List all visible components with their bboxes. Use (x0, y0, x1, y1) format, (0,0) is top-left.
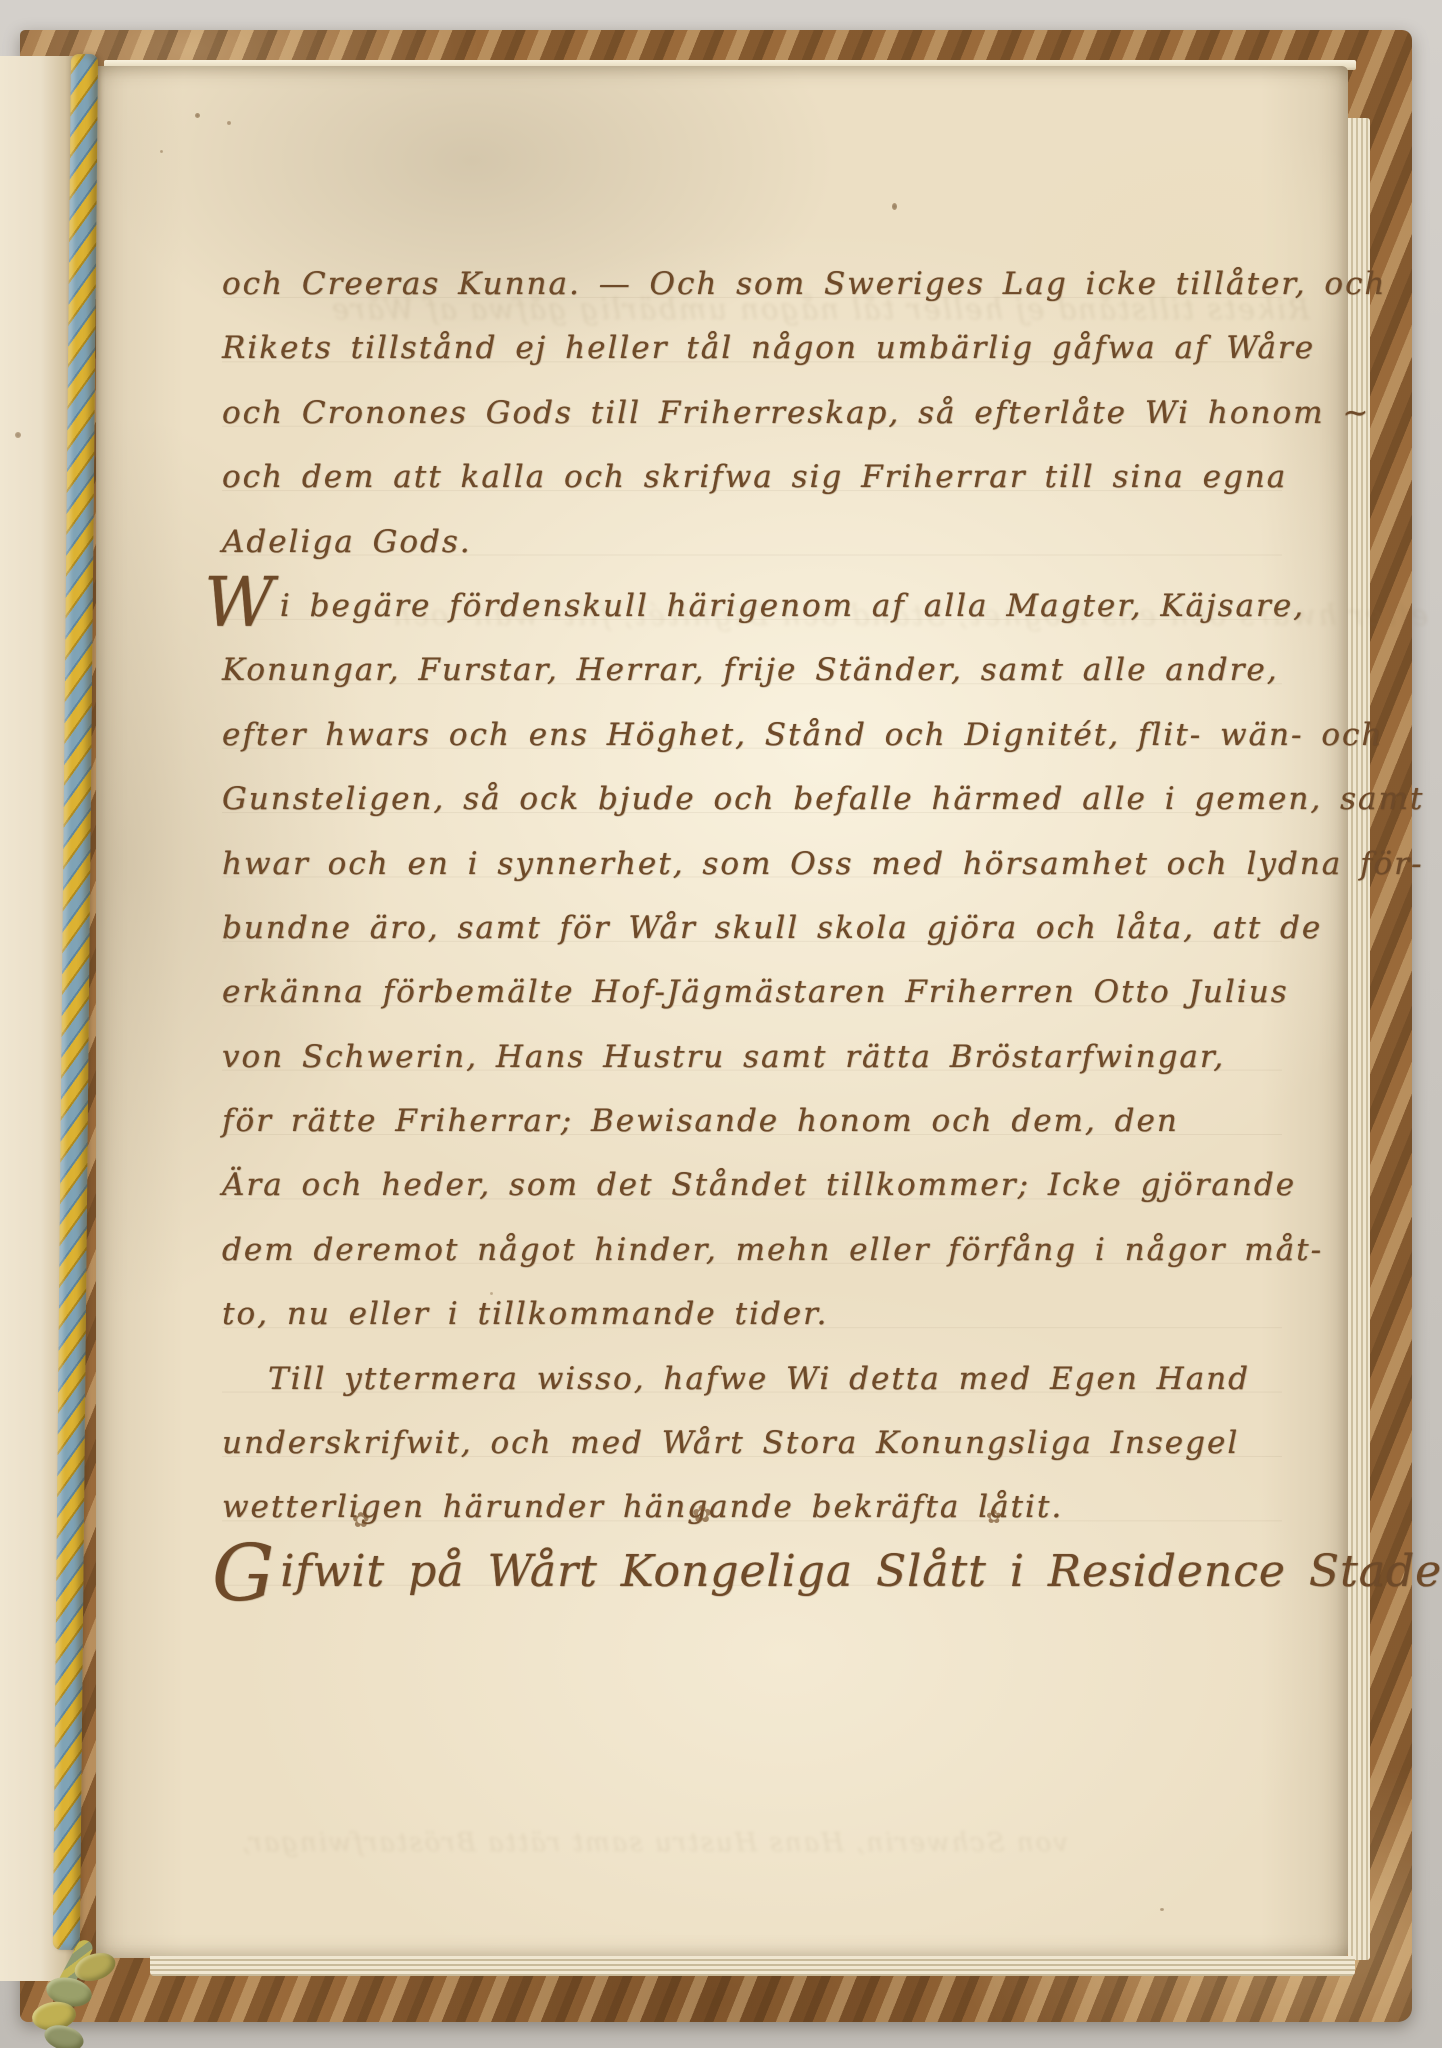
foxing-spot (227, 121, 231, 125)
foxing-spot (490, 1292, 493, 1295)
foxing-spot (160, 150, 163, 153)
manuscript-line: och Creeras Kunna. — Och som Sweriges La… (222, 252, 1282, 316)
manuscript-line: underskrifwit, och med Wårt Stora Konung… (222, 1411, 1282, 1475)
manuscript-line: dem deremot något hinder, mehn eller för… (222, 1218, 1282, 1282)
flower-ornament-icon: ✿ (352, 1508, 370, 1532)
manuscript-line: wetterligen härunder hängande bekräfta l… (222, 1475, 1282, 1539)
cord-tassel (16, 1938, 136, 2048)
manuscript-line: bundne äro, samt för Wår skull skola gjö… (222, 896, 1282, 960)
scanner-background: Rikets tillstånd ej heller tål någon umb… (0, 0, 1442, 2048)
manuscript-line: Ära och heder, som det Ståndet tillkomme… (222, 1153, 1282, 1217)
manuscript-line: Konungar, Furstar, Herrar, frije Ständer… (222, 638, 1282, 702)
foxing-spot (195, 113, 200, 118)
manuscript-line: von Schwerin, Hans Hustru samt rätta Brö… (222, 1025, 1282, 1089)
foxing-spot (15, 432, 21, 438)
foxing-spot (1048, 412, 1051, 415)
manuscript-line: Rikets tillstånd ej heller tål någon umb… (222, 316, 1282, 380)
manuscript-line: Adeliga Gods. (222, 510, 1282, 574)
manuscript-line: Till yttermera wisso, hafwe Wi detta med… (222, 1347, 1282, 1411)
manuscript-line: Gunsteligen, så ock bjude och befalle hä… (222, 767, 1282, 831)
foxing-spot (892, 203, 897, 210)
flower-ornament-icon: ✿ (692, 1500, 712, 1528)
foxing-spot (1160, 1908, 1164, 1911)
manuscript-line: och dem att kalla och skrifwa sig Friher… (222, 445, 1282, 509)
manuscript-line: to, nu eller i tillkommande tider. (222, 1282, 1282, 1346)
manuscript-line-text: ifwit på Wårt Kongeliga Slått i Residenc… (280, 1546, 1442, 1597)
manuscript-line-dateline: Gifwit på Wårt Kongeliga Slått i Residen… (222, 1540, 1282, 1604)
manuscript-line: för rätte Friherrar; Bewisande honom och… (222, 1089, 1282, 1153)
manuscript-line-text: i begäre fördenskull härigenom af alla M… (280, 588, 1305, 624)
ink-showthrough: von Schwerin, Hans Hustru samt rätta Brö… (240, 1828, 1068, 1858)
page-stack-bottom-edge (150, 1956, 1355, 1976)
manuscript-line: erkänna förbemälte Hof-Jägmästaren Frihe… (222, 960, 1282, 1024)
manuscript-line: efter hwars och ens Höghet, Stånd och Di… (222, 703, 1282, 767)
manuscript-line: Wi begäre fördenskull härigenom af alla … (222, 574, 1282, 638)
manuscript-line: och Cronones Gods till Friherreskap, så … (222, 381, 1282, 445)
flower-ornament-icon: ✿ (986, 1506, 1002, 1528)
manuscript-line: hwar och en i synnerhet, som Oss med hör… (222, 832, 1282, 896)
manuscript-text-block: och Creeras Kunna. — Och som Sweriges La… (222, 252, 1282, 1604)
